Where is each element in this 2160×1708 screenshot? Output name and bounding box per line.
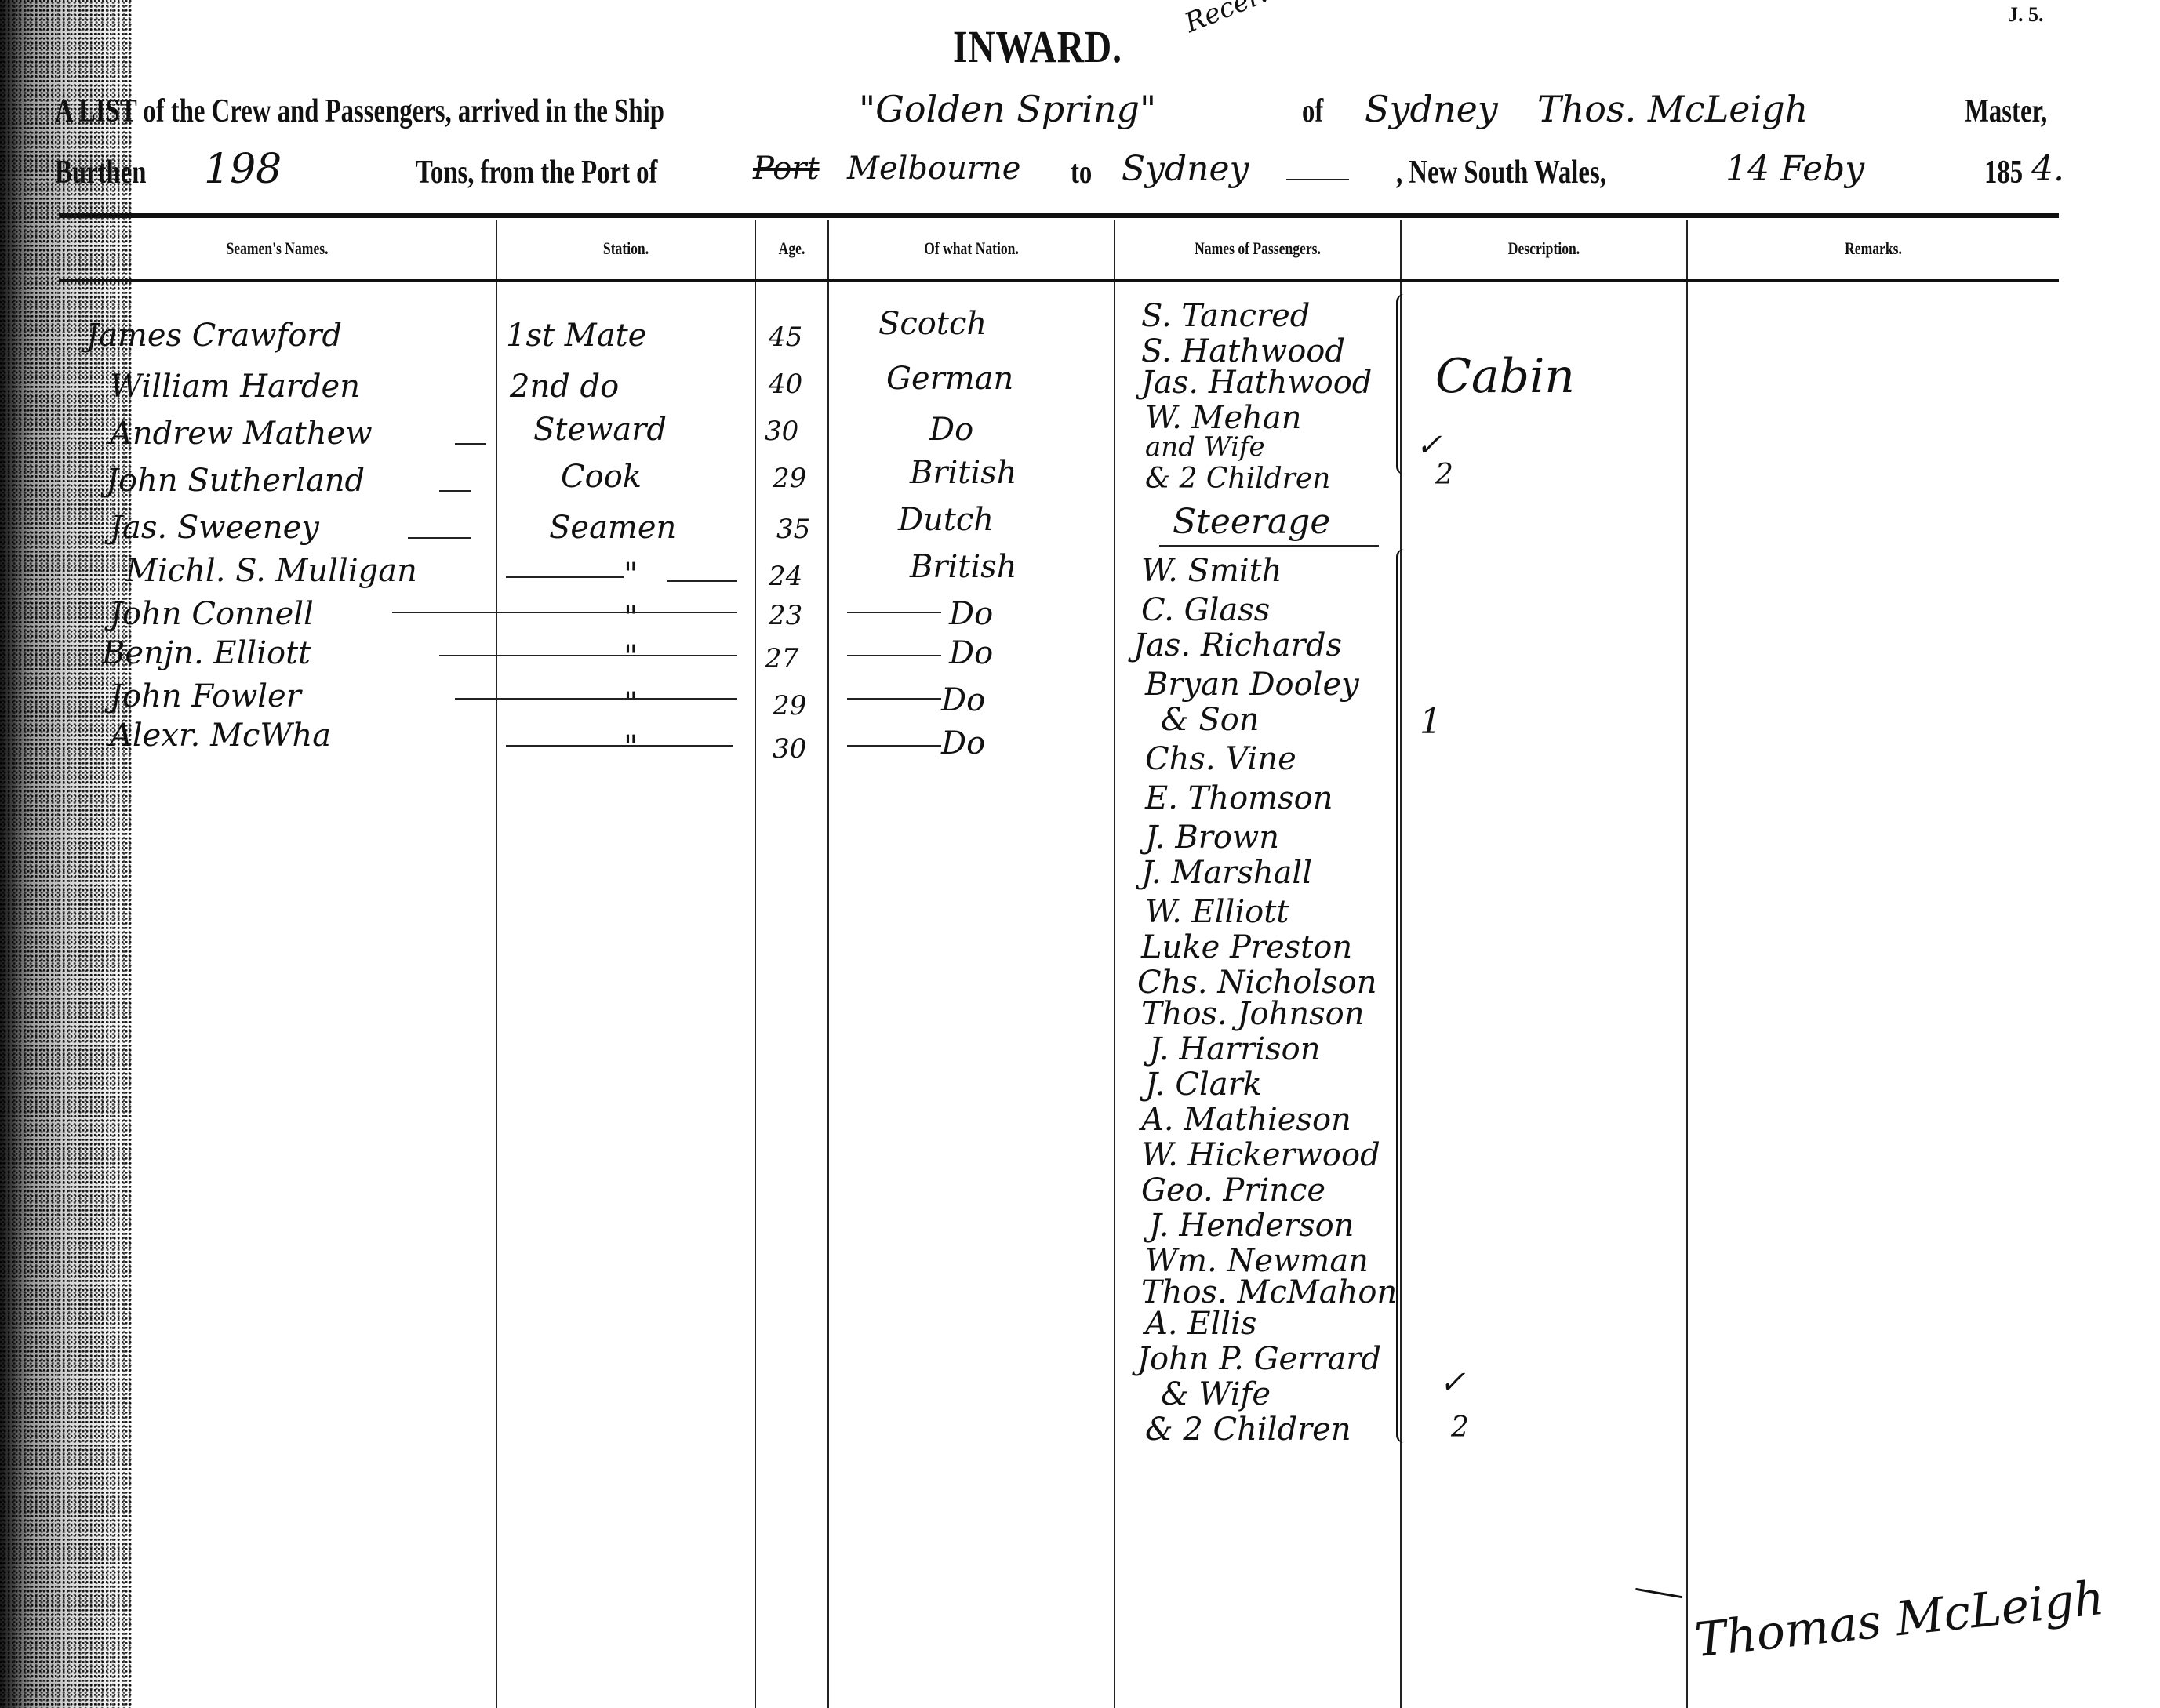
signature-tick xyxy=(1635,1588,1682,1598)
passenger-entry: Luke Preston xyxy=(1141,929,1352,965)
passenger-entry: J. Harrison xyxy=(1149,1031,1321,1067)
crew-station: Steward xyxy=(533,412,667,448)
fill-dash xyxy=(392,612,737,613)
fill-dash xyxy=(847,655,941,656)
year-printed: 185 xyxy=(1984,154,2023,191)
column-divider xyxy=(827,220,829,1708)
mehan-children-count: 2 xyxy=(1435,459,1453,491)
crew-nation: British xyxy=(910,549,1016,585)
master-signature: Thomas McLeigh xyxy=(1693,1571,2107,1668)
fill-dash xyxy=(847,698,941,700)
fill-dash xyxy=(455,443,486,445)
crew-age: 35 xyxy=(776,514,810,545)
passenger-entry: A. Mathieson xyxy=(1141,1102,1351,1138)
burthen-label: Burthen xyxy=(55,154,147,191)
crew-nation: Do xyxy=(929,412,973,448)
passenger-entry: J. Clark xyxy=(1145,1067,1262,1103)
crew-name: John Connell xyxy=(110,596,314,632)
column-divider xyxy=(1114,220,1115,1708)
column-header-nation: Of what Nation. xyxy=(857,238,1085,259)
passenger-entry: A. Ellis xyxy=(1145,1306,1256,1342)
cabin-label: Cabin xyxy=(1435,349,1575,404)
crew-station: 2nd do xyxy=(510,369,619,405)
passenger-entry: Thos. Johnson xyxy=(1141,996,1365,1032)
column-divider xyxy=(496,220,497,1708)
to-port-field: Sydney xyxy=(1122,149,1249,189)
from-port-field: Melbourne xyxy=(847,151,1020,187)
passenger-entry: & 2 Children xyxy=(1145,1412,1351,1448)
year-written: 4. xyxy=(2031,149,2064,189)
passenger-entry: Jas. Hathwood xyxy=(1141,365,1372,401)
fill-dash xyxy=(506,576,624,578)
crew-age: 45 xyxy=(769,322,802,353)
passenger-entry: E. Thomson xyxy=(1145,780,1333,816)
column-header-description: Description. xyxy=(1430,238,1657,259)
column-header-age: Age. xyxy=(763,238,820,259)
passenger-entry: J. Henderson xyxy=(1149,1208,1354,1244)
crew-nation: Dutch xyxy=(898,502,994,538)
of-label: of xyxy=(1302,93,1323,130)
crew-station: " xyxy=(624,639,638,675)
passenger-entry: W. Elliott xyxy=(1145,894,1289,930)
gerrard-children-count: 2 xyxy=(1451,1412,1469,1444)
passenger-entry: Bryan Dooley xyxy=(1145,667,1359,703)
crew-station: " xyxy=(624,557,638,593)
crew-name: Michl. S. Mulligan xyxy=(125,553,417,589)
column-header-station: Station. xyxy=(523,238,729,259)
passenger-entry: and Wife xyxy=(1145,431,1265,463)
crew-nation: German xyxy=(886,361,1013,397)
crew-name: John Sutherland xyxy=(106,463,365,499)
passenger-entry: C. Glass xyxy=(1141,592,1270,628)
gerrard-wife-check: ✓ xyxy=(1439,1365,1466,1401)
crew-age: 30 xyxy=(765,416,798,447)
crew-name: Alexr. McWha xyxy=(110,718,331,754)
fill-dash xyxy=(506,745,733,747)
passenger-entry: S. Tancred xyxy=(1141,298,1310,334)
crew-age: 40 xyxy=(769,369,802,400)
crew-name: Andrew Mathew xyxy=(110,416,373,452)
passenger-entry: & 2 Children xyxy=(1145,463,1330,495)
fill-dash xyxy=(667,580,737,582)
column-header-rule xyxy=(59,279,2059,282)
crew-age: 29 xyxy=(773,463,806,494)
passenger-entry: John P. Gerrard xyxy=(1137,1341,1381,1377)
crew-station: " xyxy=(624,686,638,722)
column-divider xyxy=(755,220,756,1708)
crew-age: 27 xyxy=(765,643,798,674)
crew-station: 1st Mate xyxy=(506,318,646,354)
to-label: to xyxy=(1071,154,1092,191)
fill-dash xyxy=(455,698,737,700)
crew-nation: Do xyxy=(941,725,985,761)
master-name-field: Thos. McLeigh xyxy=(1537,88,1808,130)
header-rule xyxy=(59,213,2059,218)
passenger-entry: J. Marshall xyxy=(1141,855,1312,891)
column-divider xyxy=(1686,220,1688,1708)
passenger-entry: Jas. Richards xyxy=(1133,627,1342,663)
crew-name: Benjn. Elliott xyxy=(102,635,311,671)
crew-name: Jas. Sweeney xyxy=(110,510,319,546)
crew-name: James Crawford xyxy=(86,318,342,354)
crew-nation: Do xyxy=(949,596,993,632)
received-annotation: Received 14th Feby. WF xyxy=(1180,0,1494,39)
tons-from-port-label: Tons, from the Port of xyxy=(416,154,657,191)
ship-name-field: "Golden Spring" xyxy=(859,88,1156,130)
fill-dash xyxy=(439,655,737,656)
crew-age: 24 xyxy=(769,561,802,592)
home-port-field: Sydney xyxy=(1365,88,1498,130)
passenger-entry: Chs. Vine xyxy=(1145,741,1296,777)
crew-nation: Do xyxy=(941,682,985,718)
header-line-1-prefix: A LIST of the Crew and Passengers, arriv… xyxy=(55,93,664,130)
crew-age: 29 xyxy=(773,690,806,721)
crew-station: Seamen xyxy=(549,510,676,546)
crew-name: William Harden xyxy=(110,369,360,405)
cabin-brace xyxy=(1396,294,1412,474)
crew-station: " xyxy=(624,600,638,636)
page-code: J. 5. xyxy=(2008,3,2044,27)
crew-nation: British xyxy=(910,455,1016,491)
date-field: 14 Feby xyxy=(1725,149,1864,189)
crew-nation: Scotch xyxy=(878,306,987,342)
nsw-label: , New South Wales, xyxy=(1396,154,1606,191)
page-title: INWARD. xyxy=(953,20,1122,73)
dooley-son-count: 1 xyxy=(1420,702,1442,742)
fill-dash xyxy=(847,612,941,613)
crew-age: 30 xyxy=(773,733,806,765)
passenger-entry: Geo. Prince xyxy=(1141,1172,1325,1208)
passenger-entry: W. Smith xyxy=(1141,553,1282,589)
crew-age: 23 xyxy=(769,600,802,631)
to-port-dash xyxy=(1286,179,1349,180)
crew-nation: Do xyxy=(949,635,993,671)
passenger-entry: W. Hickerwood xyxy=(1141,1137,1380,1173)
passenger-entry: & Son xyxy=(1161,702,1260,738)
struck-port-text: Port xyxy=(753,151,820,187)
burthen-value-field: 198 xyxy=(204,146,282,193)
column-header-remarks: Remarks. xyxy=(1725,238,2021,259)
fill-dash xyxy=(847,745,941,747)
fill-dash xyxy=(408,537,471,539)
passenger-entry: J. Brown xyxy=(1145,819,1279,856)
master-label: Master, xyxy=(1965,93,2047,130)
crew-name: John Fowler xyxy=(110,678,301,714)
crew-station: Cook xyxy=(561,459,642,495)
steerage-underline xyxy=(1159,545,1379,547)
passenger-entry: & Wife xyxy=(1161,1376,1271,1412)
crew-station: " xyxy=(624,729,638,765)
fill-dash xyxy=(439,490,471,492)
steerage-brace xyxy=(1396,549,1412,1443)
column-header-seamen-names: Seamen's Names. xyxy=(103,238,453,259)
column-header-passengers: Names of Passengers. xyxy=(1144,238,1371,259)
steerage-heading: Steerage xyxy=(1173,502,1330,542)
